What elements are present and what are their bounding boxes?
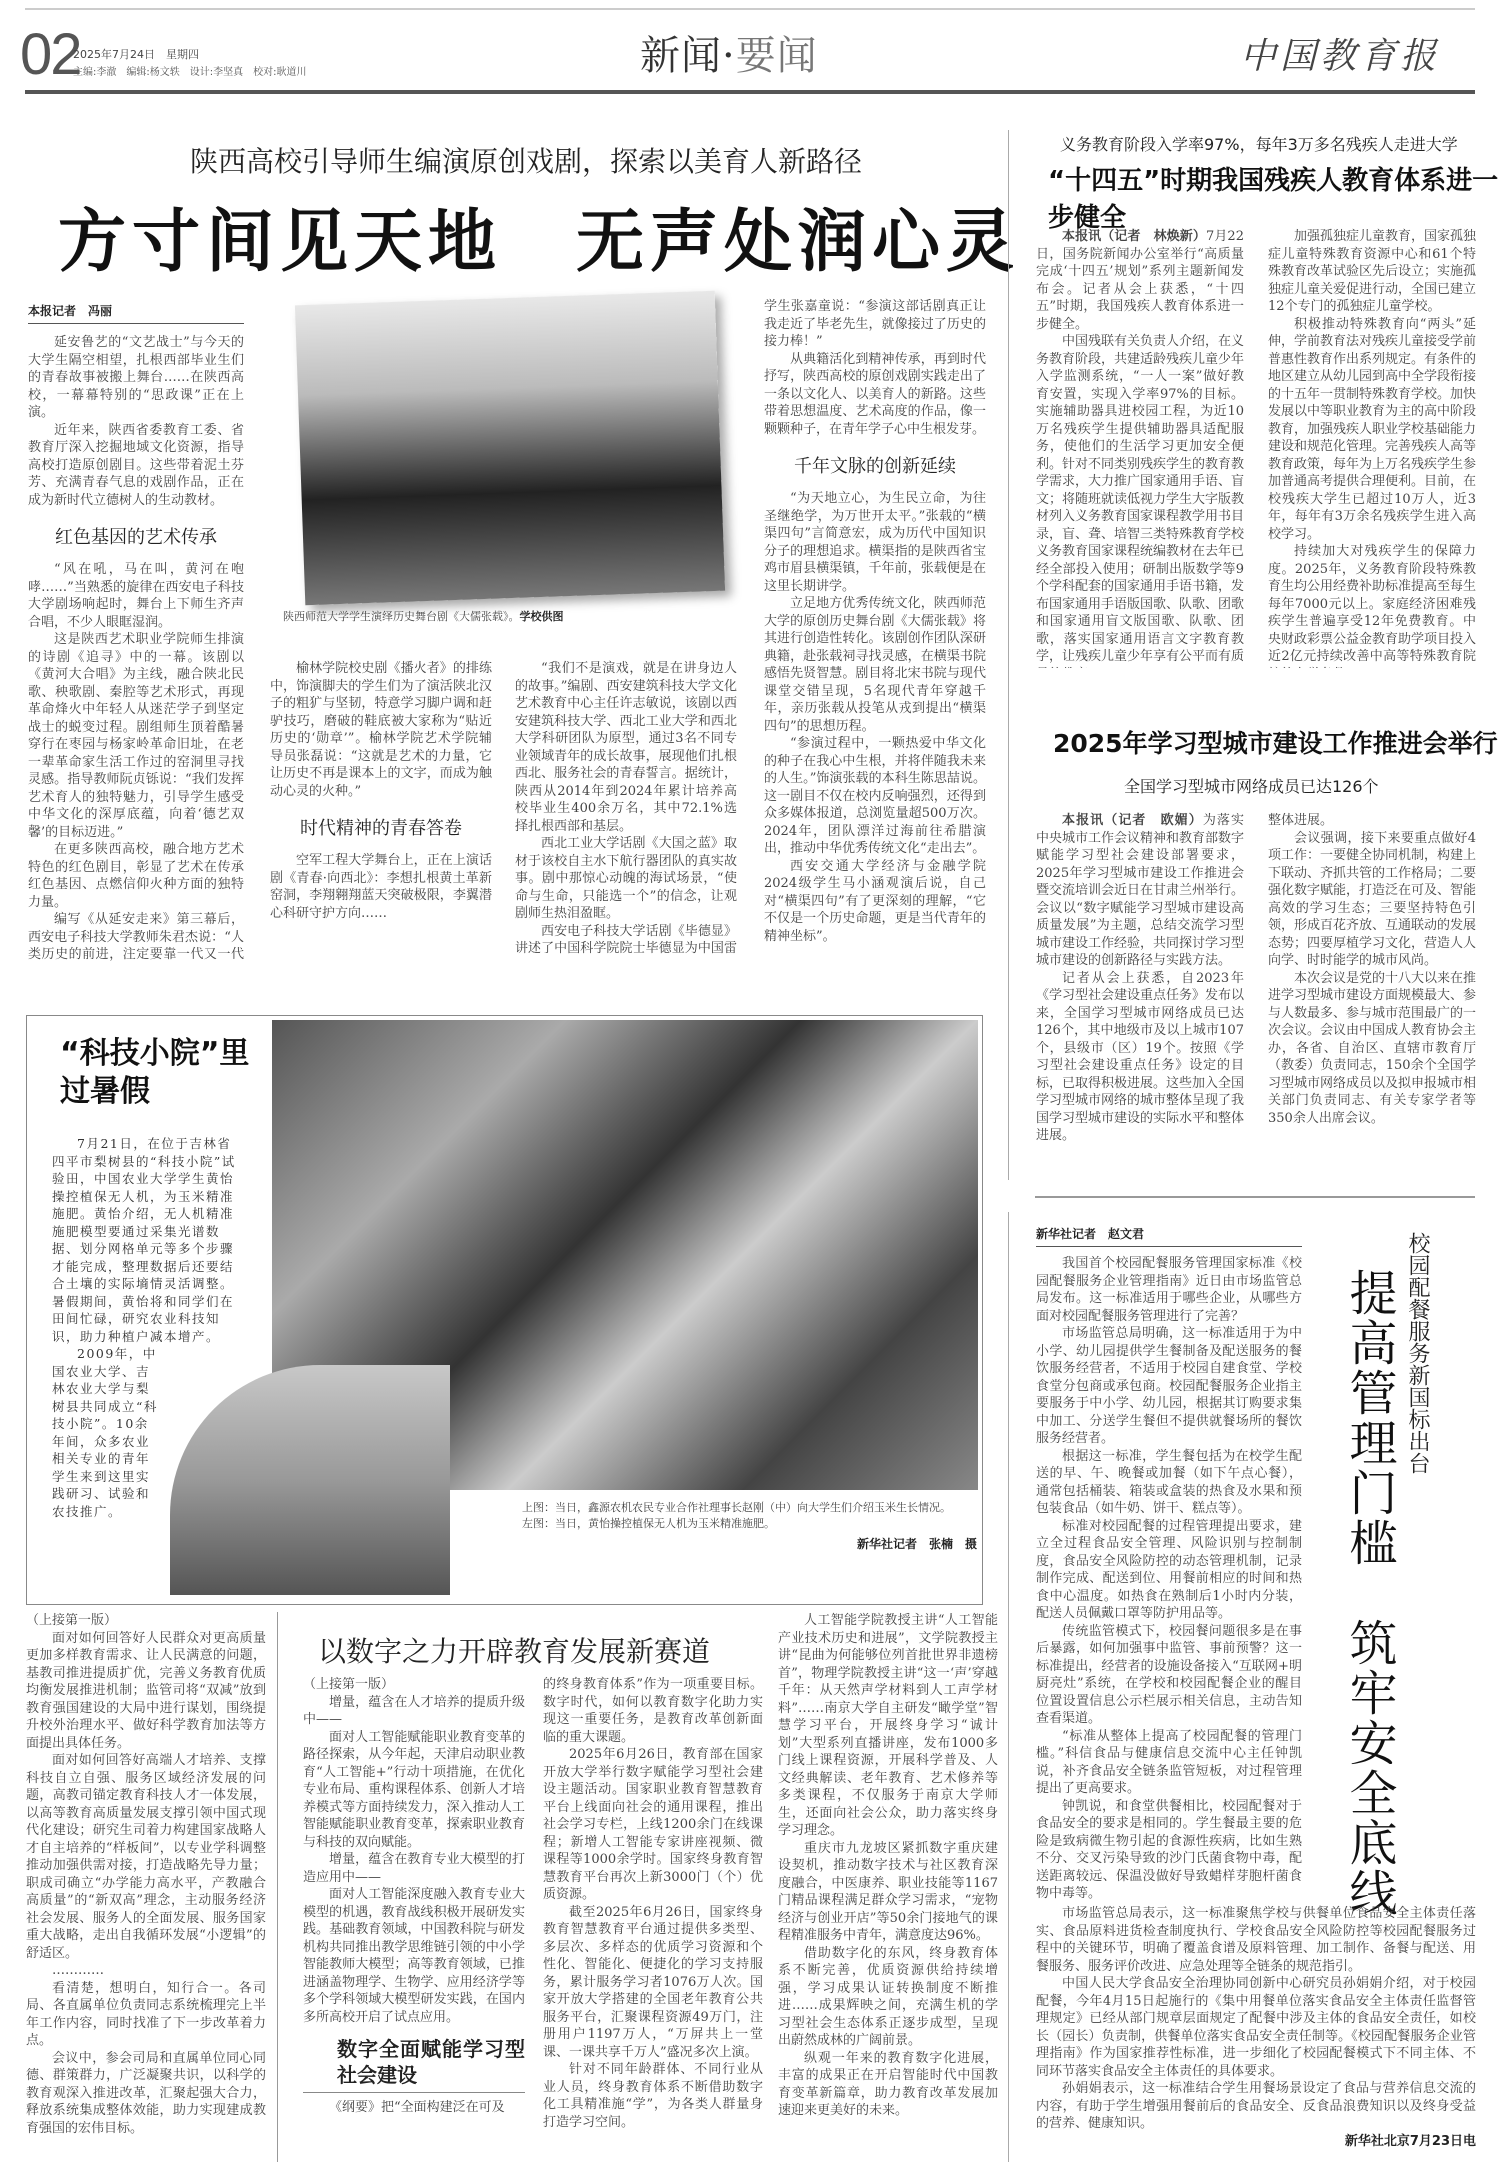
paragraph: 面对人工智能深度融入教育专业大模型的机遇，教育战线积极开展研发实践。基础教育领域…	[303, 1886, 525, 2026]
photo-credit: 学校供图	[520, 610, 564, 623]
paragraph: 增量，蕴含在人才培养的提质升级中——	[303, 1694, 525, 1729]
subhead-youth: 时代精神的青春答卷	[270, 814, 492, 840]
top-rule	[25, 8, 1475, 10]
paragraph: 7月21日，在位于吉林省四平市梨树县的“科技小院”试验田，中国农业大学学生黄怡操…	[52, 1135, 240, 1345]
paragraph: 针对不同年龄群体、不同行业从业人员，终身教育体系不断借助数字化工具精准施“学”，…	[543, 2061, 763, 2131]
lead-kicker: 陕西高校引导师生编演原创戏剧，探索以美育人新路径	[190, 140, 862, 180]
digital-subhead: 数字全面赋能学习型社会建设	[303, 2036, 525, 2088]
keji-headline: “科技小院”里过暑假	[60, 1035, 249, 1111]
paragraph: 在更多陕西高校，融合地方艺术特色的红色剧目，彰显了艺术在传承红色基因、点燃信仰火…	[28, 841, 244, 911]
continued-story: （上接第一版） 面对如何回答好人民群众对更高质量更加多样教育需求、让人民满意的问…	[26, 1612, 266, 2137]
paragraph: 近年来，陕西省委教育工委、省教育厅深入挖掘地域文化资源，指导高校打造原创剧目。这…	[28, 422, 244, 510]
section-rule	[1035, 1196, 1475, 1198]
paragraph: 会议强调，接下来要重点做好4项工作：一要健全协同机制，构建上下联动、齐抓共管的工…	[1268, 830, 1476, 970]
lead-column-2: 榆林学院校史剧《播火者》的排练中，饰演脚夫的学生们为了演活陕北汉子的粗犷与坚韧，…	[270, 660, 492, 922]
paragraph: 这是陕西艺术职业学院师生排演的诗剧《追寻》中的一幕。该剧以《黄河大合唱》为主线，…	[28, 631, 244, 841]
digital-column-1: （上接第一版） 增量，蕴含在人才培养的提质升级中—— 面对人工智能赋能职业教育变…	[303, 1676, 525, 2117]
column-divider	[1008, 130, 1009, 1180]
keji-body: 7月21日，在位于吉林省四平市梨树县的“科技小院”试验田，中国农业大学学生黄怡操…	[52, 1135, 240, 1345]
jump-label: （上接第一版）	[303, 1676, 525, 1694]
paragraph: 钟凯说，和食堂供餐相比，校园配餐对于食品安全的要求是相同的。学生餐最主要的危险是…	[1036, 1798, 1302, 1903]
lead-column-3: “我们不是演戏，就是在讲身边人的故事。”编剧、西安建筑科技大学文化艺术教育中心主…	[515, 660, 737, 958]
staff-credits: 主编:李澈 编辑:杨文轶 设计:李坚真 校对:耿道川	[73, 63, 306, 78]
column-divider	[1008, 1212, 1009, 2162]
headline-line: “科技小院”里	[60, 1035, 249, 1073]
paragraph: 面对如何回答好高端人才培养、支撑科技自立自强、服务区域经济发展的问题，高教司锚定…	[26, 1752, 266, 1962]
disability-kicker: 义务教育阶段入学率97%，每年3万多名残疾人走进大学	[1060, 132, 1458, 155]
section-title: 新闻·要闻	[640, 24, 818, 81]
paragraph: 孙娟娟表示，这一标准结合学生用餐场景设定了食品与营养信息交流的内容，有助于学生增…	[1036, 2080, 1476, 2133]
masthead-rule	[25, 90, 1475, 94]
issue-date: 2025年7月24日 星期四	[73, 46, 199, 62]
paragraph: 2009年，中国农业大学、吉林农业大学与梨树县共同成立“科技小院”。10余年间，…	[52, 1345, 162, 1520]
section-body: 榆林学院校史剧《播火者》的排练中，饰演脚夫的学生们为了演活陕北汉子的粗犷与坚韧，…	[270, 660, 492, 800]
paragraph: 《纲要》把“全面构建泛在可及	[303, 2099, 525, 2117]
paragraph: 根据这一标准，学生餐包括为在校学生配送的早、午、晚餐或加餐（如下午点心餐），通常…	[1036, 1448, 1302, 1518]
catering-byline: 新华社记者 赵文君	[1036, 1225, 1302, 1247]
section-main: 新闻·	[640, 33, 736, 79]
paragraph: 市场监管总局表示，这一标准聚焦学校与供餐单位食品安全主体责任落实、食品原料进货检…	[1036, 1905, 1476, 1975]
paragraph: “我们不是演戏，就是在讲身边人的故事。”编剧、西安建筑科技大学文化艺术教育中心主…	[515, 660, 737, 835]
section-body: 学生张嘉童说：“参演这部话剧真正让我走近了毕老先生，就像接过了历史的接力棒！” …	[764, 298, 986, 438]
catering-subhead: 校园配餐服务新国标出台	[1402, 1232, 1433, 1474]
paragraph: 面对人工智能赋能职业教育变革的路径探索，从今年起，天津启动职业教育“人工智能+”…	[303, 1729, 525, 1852]
paragraph: 本次会议是党的十八大以来在推进学习型城市建设方面规模最大、参与人数最多、参与城市…	[1268, 970, 1476, 1128]
page-number: 02	[20, 26, 81, 84]
paragraph: 我国首个校园配餐服务管理国家标准《校园配餐服务企业管理指南》近日由市场监管总局发…	[1036, 1255, 1302, 1325]
lead-headline: 方寸间见天地 无声处润心灵	[58, 188, 1020, 285]
digital-column-2: 的终身教育体系”作为一项重要目标。数字时代，如何以教育数字化助力实现这一重要任务…	[543, 1676, 763, 2131]
paragraph: 截至2025年6月26日，国家终身教育智慧教育平台通过提供多类型、多层次、多样态…	[543, 1904, 763, 2062]
paragraph: 重庆市九龙坡区紧抓数字重庆建设契机，推动数字技术与社区教育深度融合，中医康养、职…	[778, 1840, 998, 1945]
caption-text: 陕西师范大学学生演绎历史舞台剧《大儒张载》。	[283, 610, 520, 623]
catering-headline: 提高管理门槛 筑牢安全底线	[1335, 1268, 1404, 1918]
paragraph: 立足地方优秀传统文化，陕西师范大学的原创历史舞台剧《大儒张载》将其进行创造性转化…	[764, 595, 986, 735]
section-body: “风在吼，马在叫，黄河在咆哮……”当熟悉的旋律在西安电子科技大学剧场响起时，舞台…	[28, 561, 244, 963]
paragraph: 面对如何回答好人民群众对更高质量更加多样教育需求、让人民满意的问题，基教司推进提…	[26, 1630, 266, 1753]
paragraph: 从典籍活化到精神传承，再到时代抒写，陕西高校的原创戏剧实践走出了一条以文化人、以…	[764, 351, 986, 439]
digital-headline: 以数字之力开辟教育发展新赛道	[318, 1630, 710, 1670]
paragraph: 2025年6月26日，教育部在国家开放大学举行数字赋能学习型社会建设主题活动。国…	[543, 1746, 763, 1904]
photo-captions: 上图：当日，鑫源农机农民专业合作社理事长赵刚（中）向大学生们介绍玉米生长情况。 …	[522, 1500, 977, 1552]
paragraph: 西安电子科技大学话剧《毕德显》讲述了中国科学院院士毕德显为中国雷达工程事业奋斗终…	[515, 923, 737, 958]
lead-byline: 本报记者 冯丽	[28, 302, 244, 324]
paragraph-text: 7月22日，国务院新闻办公室举行“高质量完成‘十四五’规划”系列主题新闻发布会。…	[1036, 229, 1244, 332]
stage-photo	[295, 291, 725, 605]
learning-city-column-1: 本报讯（记者 欧媚）为落实中央城市工作会议精神和教育部数字赋能学习型社会建设部署…	[1036, 812, 1244, 1168]
jump-label: （上接第一版）	[26, 1612, 266, 1630]
paragraph: 的终身教育体系”作为一项重要目标。数字时代，如何以教育数字化助力实现这一重要任务…	[543, 1676, 763, 1746]
learning-city-subhead: 全国学习型城市网络成员已达126个	[1124, 774, 1379, 797]
catering-body: 我国首个校园配餐服务管理国家标准《校园配餐服务企业管理指南》近日由市场监管总局发…	[1036, 1255, 1302, 1903]
section-body: 空军工程大学舞台上，正在上演话剧《青春·向西北》：李想扎根黄土革新窑洞，李翔翱翔…	[270, 852, 492, 922]
paragraph: 学生张嘉童说：“参演这部话剧真正让我走近了毕老先生，就像接过了历史的接力棒！”	[764, 298, 986, 351]
paragraph: 会议中，参会司局和直属单位同心同德、群策群力，广泛凝聚共识，以科学的教育观深入推…	[26, 2050, 266, 2138]
section-body: “为天地立心，为生民立命，为往圣继绝学，为万世开太平。”张载的“横渠四句”言简意…	[764, 490, 986, 945]
paragraph: 本报讯（记者 林焕新）7月22日，国务院新闻办公室举行“高质量完成‘十四五’规划…	[1036, 228, 1244, 333]
stage-photo-caption: 陕西师范大学学生演绎历史舞台剧《大儒张载》。学校供图	[283, 608, 564, 624]
learning-city-column-2: 整体进展。 会议强调，接下来要重点做好4项工作：一要健全协同机制，构建上下联动、…	[1268, 812, 1476, 1168]
paragraph: “参演过程中，一颗热爱中华文化的种子在我心中生根，并将伴随我未来的人生。”饰演张…	[764, 735, 986, 858]
paragraph: 西安交通大学经济与金融学院2024级学生马小涵观演后说，自己对“横渠四句”有了更…	[764, 858, 986, 946]
subhead-culture: 千年文脉的创新延续	[764, 452, 986, 478]
paragraph: 记者从会上获悉，自2023年《学习型社会建设重点任务》发布以来，全国学习型城市网…	[1036, 970, 1244, 1145]
column-divider	[277, 1612, 278, 2162]
ellipsis: …………	[26, 1962, 266, 1980]
paragraph: “风在吼，马在叫，黄河在咆哮……”当熟悉的旋律在西安电子科技大学剧场响起时，舞台…	[28, 561, 244, 631]
paragraph: 市场监管总局明确，这一标准适用于为中小学、幼儿园提供学生餐制备及配送服务的餐饮服…	[1036, 1325, 1302, 1448]
digital-column-3: 人工智能学院教授主讲“人工智能产业技术历史和进展”，文学院教授主讲“昆曲为何能够…	[778, 1612, 998, 2120]
dateline: 新华社北京7月23日电	[1036, 2133, 1476, 2151]
photo-credit: 新华社记者 张楠 摄	[522, 1536, 977, 1552]
paragraph: 加强孤独症儿童教育，国家孤独症儿童特殊教育资源中心和61个特殊教育改革试验区先后…	[1268, 228, 1476, 316]
paragraph: 延安鲁艺的“文艺战士”与今天的大学生隔空相望，扎根西部毕业生们的青春故事被搬上舞…	[28, 334, 244, 422]
byline: 本报讯（记者 欧媚）	[1062, 813, 1203, 828]
paragraph: 看清楚，想明白，知行合一。各司局、各直属单位负责同志系统梳理完上半年工作内容，同…	[26, 1980, 266, 2050]
paragraph: 增量，蕴含在教育专业大模型的打造应用中——	[303, 1851, 525, 1886]
paragraph: 纵观一年来的教育数字化进展，丰富的成果正在开启智能时代中国教育变革新篇章，助力教…	[778, 2050, 998, 2120]
disability-column-1: 本报讯（记者 林焕新）7月22日，国务院新闻办公室举行“高质量完成‘十四五’规划…	[1036, 228, 1244, 668]
subhead-rule	[303, 2092, 525, 2093]
paragraph: 中国残联有关负责人介绍，在义务教育阶段，共建适龄残疾儿童少年入学监测系统，“一人…	[1036, 333, 1244, 668]
section-sub: 要闻	[736, 33, 818, 79]
paragraph: 传统监管模式下，校园餐问题很多是在事后暴露，如何加强事中监管、事前预警？这一标准…	[1036, 1623, 1302, 1728]
paragraph: 编写《从延安走来》第三幕后，西安电子科技大学教师朱君杰说：“人类历史的前进，注定…	[28, 911, 244, 963]
paragraph: “标准从整体上提高了校园配餐的管理门槛。”科信食品与健康信息交流中心主任钟凯说，…	[1036, 1728, 1302, 1798]
paragraph: 榆林学院校史剧《播火者》的排练中，饰演脚夫的学生们为了演活陕北汉子的粗犷与坚韧，…	[270, 660, 492, 800]
learning-city-headline: 2025年学习型城市建设工作推进会举行	[1053, 724, 1498, 760]
headline-line: 过暑假	[60, 1073, 249, 1111]
newspaper-logo: 中国教育报	[1240, 28, 1440, 79]
disability-column-2: 加强孤独症儿童教育，国家孤独症儿童特殊教育资源中心和61个特殊教育改革试验区先后…	[1268, 228, 1476, 668]
paragraph: 持续加大对残疾学生的保障力度。2025年，义务教育阶段特殊教育生均公用经费补助标…	[1268, 543, 1476, 668]
paragraph: 借助数字化的东风，终身教育体系不断完善，优质资源供给持续增强，学习成果认证转换制…	[778, 1945, 998, 2050]
byline: 本报讯（记者 林焕新）	[1062, 229, 1206, 244]
subhead-red-gene: 红色基因的艺术传承	[28, 523, 244, 549]
lead-intro: 延安鲁艺的“文艺战士”与今天的大学生隔空相望，扎根西部毕业生们的青春故事被搬上舞…	[28, 334, 244, 509]
paragraph: 积极推动特殊教育向“两头”延伸，学前教育法对残疾儿童接受学前普惠性教育作出系列规…	[1268, 316, 1476, 544]
catering-column: 新华社记者 赵文君 我国首个校园配餐服务管理国家标准《校园配餐服务企业管理指南》…	[1036, 1225, 1302, 1903]
catering-wide-body: 市场监管总局表示，这一标准聚焦学校与供餐单位食品安全主体责任落实、食品原料进货检…	[1036, 1905, 1476, 2150]
lead-column-4: 学生张嘉童说：“参演这部话剧真正让我走近了毕老先生，就像接过了历史的接力棒！” …	[764, 298, 986, 945]
caption-top: 上图：当日，鑫源农机农民专业合作社理事长赵刚（中）向大学生们介绍玉米生长情况。	[522, 1500, 977, 1516]
paragraph: 人工智能学院教授主讲“人工智能产业技术历史和进展”，文学院教授主讲“昆曲为何能够…	[778, 1612, 998, 1840]
section-body: “我们不是演戏，就是在讲身边人的故事。”编剧、西安建筑科技大学文化艺术教育中心主…	[515, 660, 737, 958]
paragraph: 本报讯（记者 欧媚）为落实中央城市工作会议精神和教育部数字赋能学习型社会建设部署…	[1036, 812, 1244, 970]
paragraph: 标准对校园配餐的过程管理提出要求，建立全过程食品安全管理、风险识别与控制制度，食…	[1036, 1518, 1302, 1623]
paragraph: “为天地立心，为生民立命，为往圣继绝学，为万世开太平。”张载的“横渠四句”言简意…	[764, 490, 986, 595]
disability-headline: “十四五”时期我国残疾人教育体系进一步健全	[1048, 160, 1500, 234]
caption-left: 左图：当日，黄怡操控植保无人机为玉米精准施肥。	[522, 1516, 977, 1532]
paragraph: 西北工业大学话剧《大国之蓝》取材于该校自主水下航行器团队的真实故事。剧中那惊心动…	[515, 835, 737, 923]
paragraph-text: 为落实中央城市工作会议精神和教育部数字赋能学习型社会建设部署要求，2025年学习…	[1036, 813, 1244, 968]
paragraph: 整体进展。	[1268, 812, 1476, 830]
paragraph: 空军工程大学舞台上，正在上演话剧《青春·向西北》：李想扎根黄土革新窑洞，李翔翱翔…	[270, 852, 492, 922]
paragraph: 中国人民大学食品安全治理协同创新中心研究员孙娟娟介绍，对于校园配餐，今年4月15…	[1036, 1975, 1476, 2080]
keji-body-2: 2009年，中国农业大学、吉林农业大学与梨树县共同成立“科技小院”。10余年间，…	[52, 1345, 162, 1520]
lead-column-1: 本报记者 冯丽 延安鲁艺的“文艺战士”与今天的大学生隔空相望，扎根西部毕业生们的…	[28, 302, 244, 963]
